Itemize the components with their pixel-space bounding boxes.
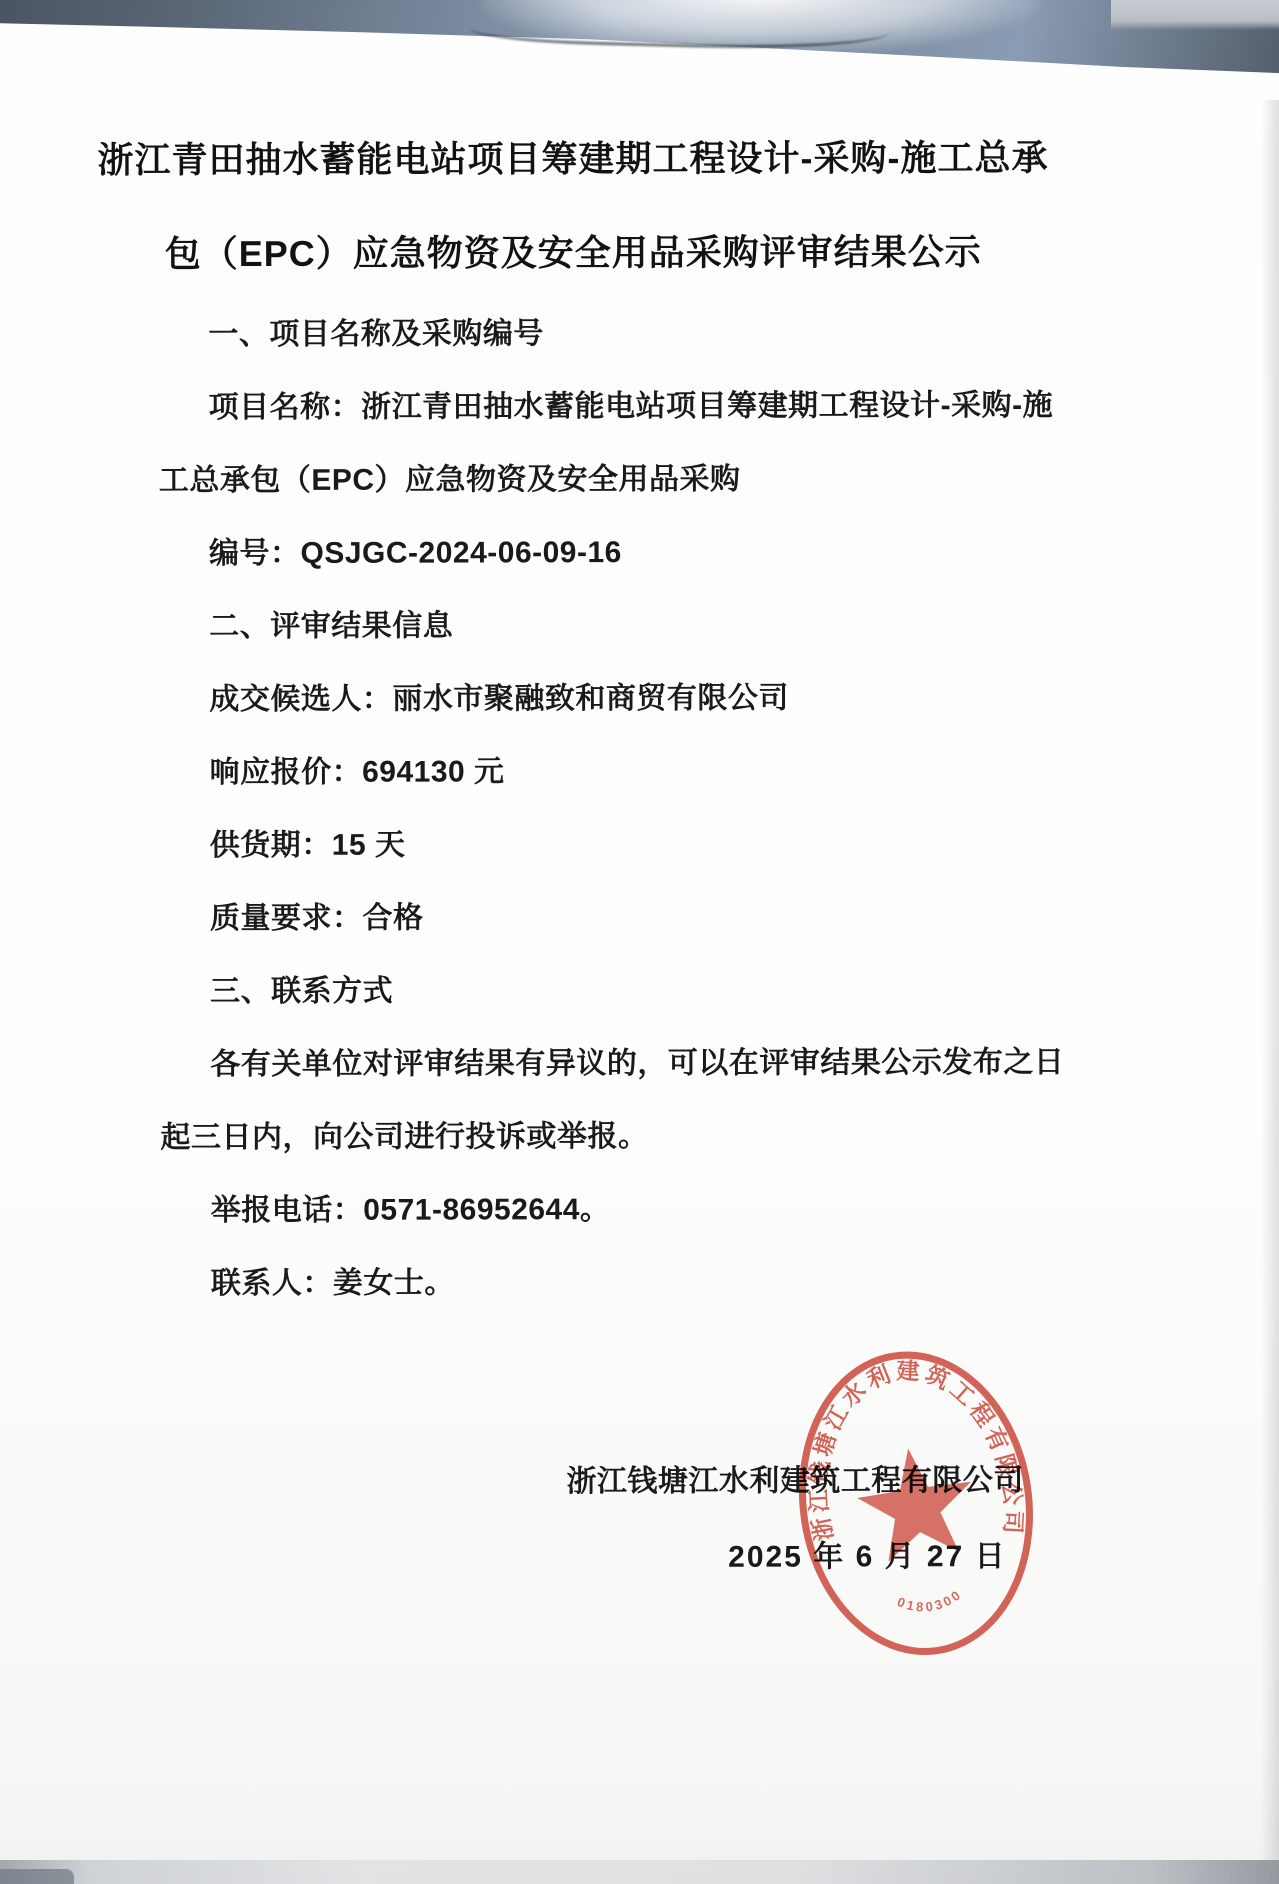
delivery-period: 供货期：15 天 [160,807,1160,883]
quality-requirement: 质量要求：合格 [160,880,1160,956]
section-heading-contact: 三、联系方式 [160,953,1160,1029]
project-name-line-1: 项目名称：浙江青田抽水蓄能电站项目筹建期工程设计-采购-施 [159,369,1159,445]
document-title-line-1: 浙江青田抽水蓄能电站项目筹建期工程设计-采购-施工总承 [8,111,1138,208]
document-title-line-2: 包（EPC）应急物资及安全用品采购评审结果公示 [8,205,1138,302]
objection-notice-line-1: 各有关单位对评审结果有异议的，可以在评审结果公示发布之日 [160,1026,1160,1102]
report-phone: 举报电话：0571-86952644。 [161,1172,1161,1248]
contact-person: 联系人：姜女士。 [161,1245,1161,1321]
procurement-number: 编号：QSJGC-2024-06-09-16 [159,515,1159,591]
response-price: 响应报价：694130 元 [159,734,1159,810]
section-heading-review-result: 二、评审结果信息 [159,588,1159,664]
signature-block: 浙江钱塘江水利建筑工程有限公司 2025 年 6 月 27 日 [566,1461,1016,1578]
winning-candidate: 成交候选人：丽水市聚融致和商贸有限公司 [159,661,1159,737]
objection-notice-line-2: 起三日内，向公司进行投诉或举报。 [160,1099,1160,1175]
issuing-company-name: 浙江钱塘江水利建筑工程有限公司 [566,1461,1016,1502]
scanned-document-page: 浙江青田抽水蓄能电站项目筹建期工程设计-采购-施工总承 包（EPC）应急物资及安… [0,0,1279,1884]
issue-date: 2025 年 6 月 27 日 [567,1537,1017,1578]
document-content: 浙江青田抽水蓄能电站项目筹建期工程设计-采购-施工总承 包（EPC）应急物资及安… [0,0,1279,1884]
seal-serial-number: 0180300 [893,1585,967,1619]
document-body: 一、项目名称及采购编号 项目名称：浙江青田抽水蓄能电站项目筹建期工程设计-采购-… [158,296,1161,1321]
document-title: 浙江青田抽水蓄能电站项目筹建期工程设计-采购-施工总承 包（EPC）应急物资及安… [8,111,1138,302]
project-name-line-2: 工总承包（EPC）应急物资及安全用品采购 [159,442,1159,518]
section-heading-project-name: 一、项目名称及采购编号 [158,296,1158,372]
